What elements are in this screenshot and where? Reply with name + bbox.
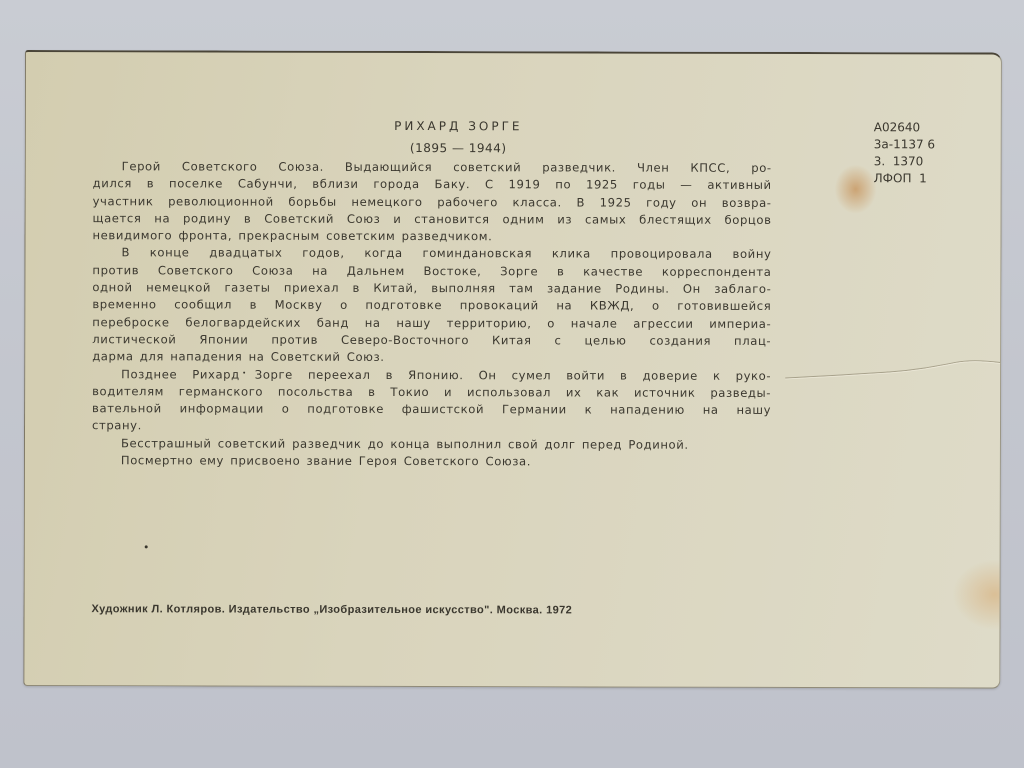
- text-line: против Советского Союза на Дальнем Восто…: [92, 262, 771, 281]
- text-line: страну.: [92, 418, 771, 437]
- text-line: листической Японии против Северо-Восточн…: [92, 331, 771, 350]
- text-line: щается на родину в Советский Союз и стан…: [93, 210, 772, 229]
- life-dates: (1895 — 1944): [26, 140, 891, 156]
- catalog-code: ЛФОП 1: [874, 170, 935, 187]
- text-line: водителям германского посольства в Токио…: [92, 383, 771, 402]
- text-line: переброске белогвардейских банд на нашу …: [92, 314, 771, 333]
- postcard-title: РИХАРД ЗОРГЕ: [26, 118, 891, 134]
- text-line: одной немецкой газеты приехал в Китай, в…: [92, 279, 771, 298]
- text-line: дился в поселке Сабунчи, вблизи города Б…: [93, 175, 772, 194]
- text-line: дарма для нападения на Советский Союз.: [92, 348, 771, 367]
- postcard-back: РИХАРД ЗОРГЕ (1895 — 1944) А02640 3а-113…: [23, 50, 1002, 689]
- catalog-code: 3а-1137 6: [874, 136, 935, 153]
- text-line: участник революционной борьбы немецкого …: [93, 193, 772, 212]
- text-line: временно сообщил в Москву о подготовке п…: [92, 297, 771, 316]
- catalog-codes: А02640 3а-1137 6 3. 1370 ЛФОП 1: [874, 119, 935, 187]
- text-line: вательной информации о подготовке фашист…: [92, 400, 771, 419]
- biography-text: Герой Советского Союза. Выдающийся совет…: [92, 158, 772, 471]
- text-line: Позднее Рихард Зорге переехал в Японию. …: [92, 366, 771, 385]
- text-line: Бесстрашный советский разведчик до конца…: [92, 435, 771, 454]
- catalog-code: А02640: [874, 119, 935, 136]
- catalog-code: 3. 1370: [874, 153, 935, 170]
- paper-crease: [785, 354, 1000, 385]
- publisher-credit: Художник Л. Котляров. Издательство „Изоб…: [92, 603, 573, 616]
- ink-speck: [243, 372, 245, 374]
- ink-speck: [145, 545, 148, 548]
- text-line: Герой Советского Союза. Выдающийся совет…: [93, 158, 772, 177]
- text-line: невидимого фронта, прекрасным советским …: [92, 227, 771, 246]
- text-line: В конце двадцатых годов, когда гоминдано…: [92, 245, 771, 264]
- text-line: Посмертно ему присвоено звание Героя Сов…: [92, 452, 771, 471]
